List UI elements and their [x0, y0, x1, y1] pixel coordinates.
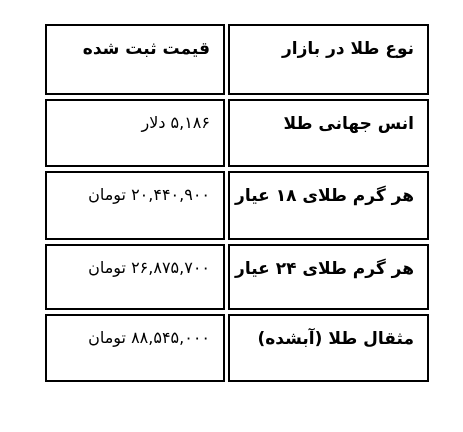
gold-price-table: نوع طلا در بازار قیمت ثبت شده انس جهانی …	[45, 24, 429, 382]
header-gold-type: نوع طلا در بازار	[228, 24, 429, 95]
row-global-ounce-price: ۵,۱۸۶ دلار	[45, 99, 225, 167]
header-registered-price: قیمت ثبت شده	[45, 24, 225, 95]
row-global-ounce-label: انس جهانی طلا	[228, 99, 429, 167]
row-gram-24k-price: ۲۶,۸۷۵,۷۰۰ تومان	[45, 244, 225, 310]
row-mesghal-price: ۸۸,۵۴۵,۰۰۰ تومان	[45, 314, 225, 382]
row-mesghal-label: مثقال طلا (آبشده)	[228, 314, 429, 382]
row-gram-24k-label: هر گرم طلای ۲۴ عیار	[228, 244, 429, 310]
row-gram-18k-label: هر گرم طلای ۱۸ عیار	[228, 171, 429, 240]
row-gram-18k-price: ۲۰,۴۴۰,۹۰۰ تومان	[45, 171, 225, 240]
page: نوع طلا در بازار قیمت ثبت شده انس جهانی …	[0, 0, 463, 382]
